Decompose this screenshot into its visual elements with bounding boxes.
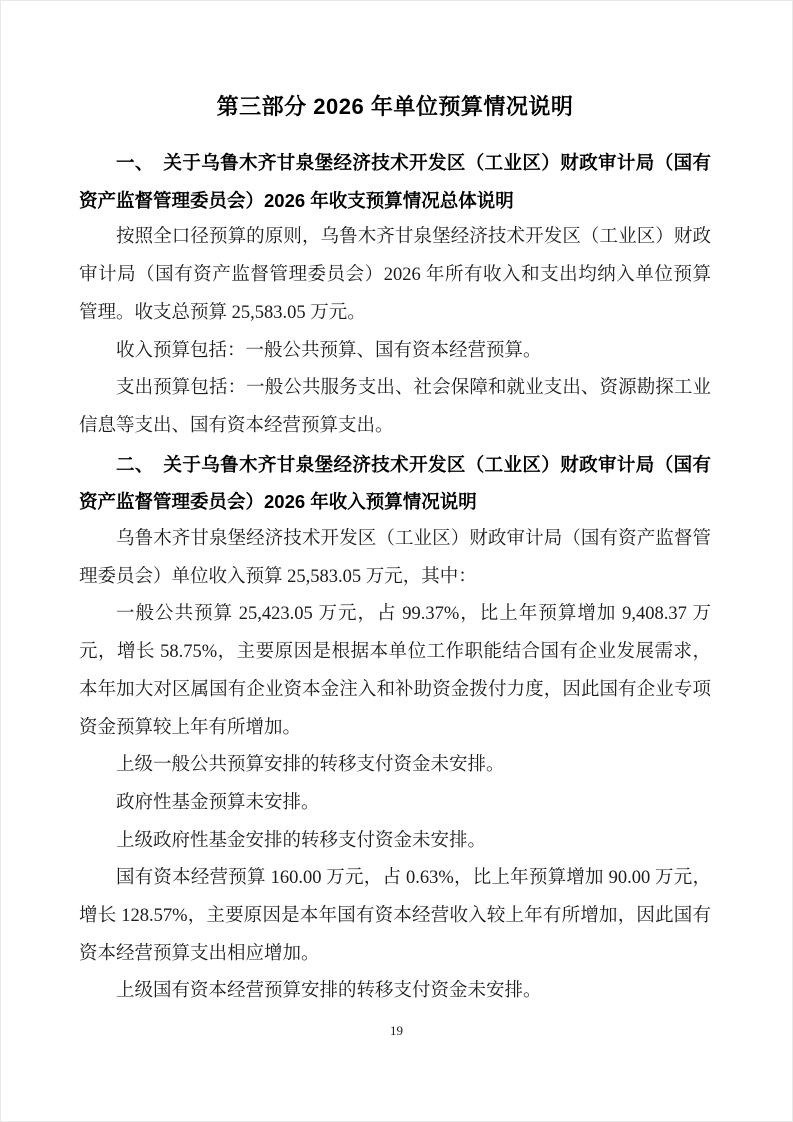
- paragraph-superior-fund-transfer: 上级政府性基金安排的转移支付资金未安排。: [79, 823, 711, 861]
- document-page: 第三部分 2026 年单位预算情况说明 一、 关于乌鲁木齐甘泉堡经济技术开发区（…: [0, 0, 793, 1122]
- section-2-heading: 二、 关于乌鲁木齐甘泉堡经济技术开发区（工业区）财政审计局（国有资产监督管理委员…: [79, 446, 711, 521]
- paragraph-state-capital-budget-detail: 国有资本经营预算 160.00 万元，占 0.63%，比上年预算增加 90.00…: [79, 860, 711, 973]
- paragraph-general-public-budget-detail: 一般公共预算 25,423.05 万元，占 99.37%，比上年预算增加 9,4…: [79, 596, 711, 747]
- paragraph-overall-budget-total: 按照全口径预算的原则，乌鲁木齐甘泉堡经济技术开发区（工业区）财政审计局（国有资产…: [79, 219, 711, 332]
- document-title: 第三部分 2026 年单位预算情况说明: [79, 94, 711, 120]
- paragraph-unit-revenue-total: 乌鲁木齐甘泉堡经济技术开发区（工业区）财政审计局（国有资产监督管理委员会）单位收…: [79, 521, 711, 596]
- paragraph-superior-state-capital-transfer: 上级国有资本经营预算安排的转移支付资金未安排。: [79, 973, 711, 1011]
- paragraph-government-fund-budget: 政府性基金预算未安排。: [79, 785, 711, 823]
- document-content: 第三部分 2026 年单位预算情况说明 一、 关于乌鲁木齐甘泉堡经济技术开发区（…: [79, 94, 711, 1011]
- paragraph-expenditure-budget-scope: 支出预算包括：一般公共服务支出、社会保障和就业支出、资源勘探工业信息等支出、国有…: [79, 370, 711, 445]
- paragraph-revenue-budget-scope: 收入预算包括：一般公共预算、国有资本经营预算。: [79, 333, 711, 371]
- paragraph-superior-general-transfer: 上级一般公共预算安排的转移支付资金未安排。: [79, 747, 711, 785]
- section-1-heading: 一、 关于乌鲁木齐甘泉堡经济技术开发区（工业区）财政审计局（国有资产监督管理委员…: [79, 144, 711, 219]
- page-number: 19: [1, 1023, 792, 1039]
